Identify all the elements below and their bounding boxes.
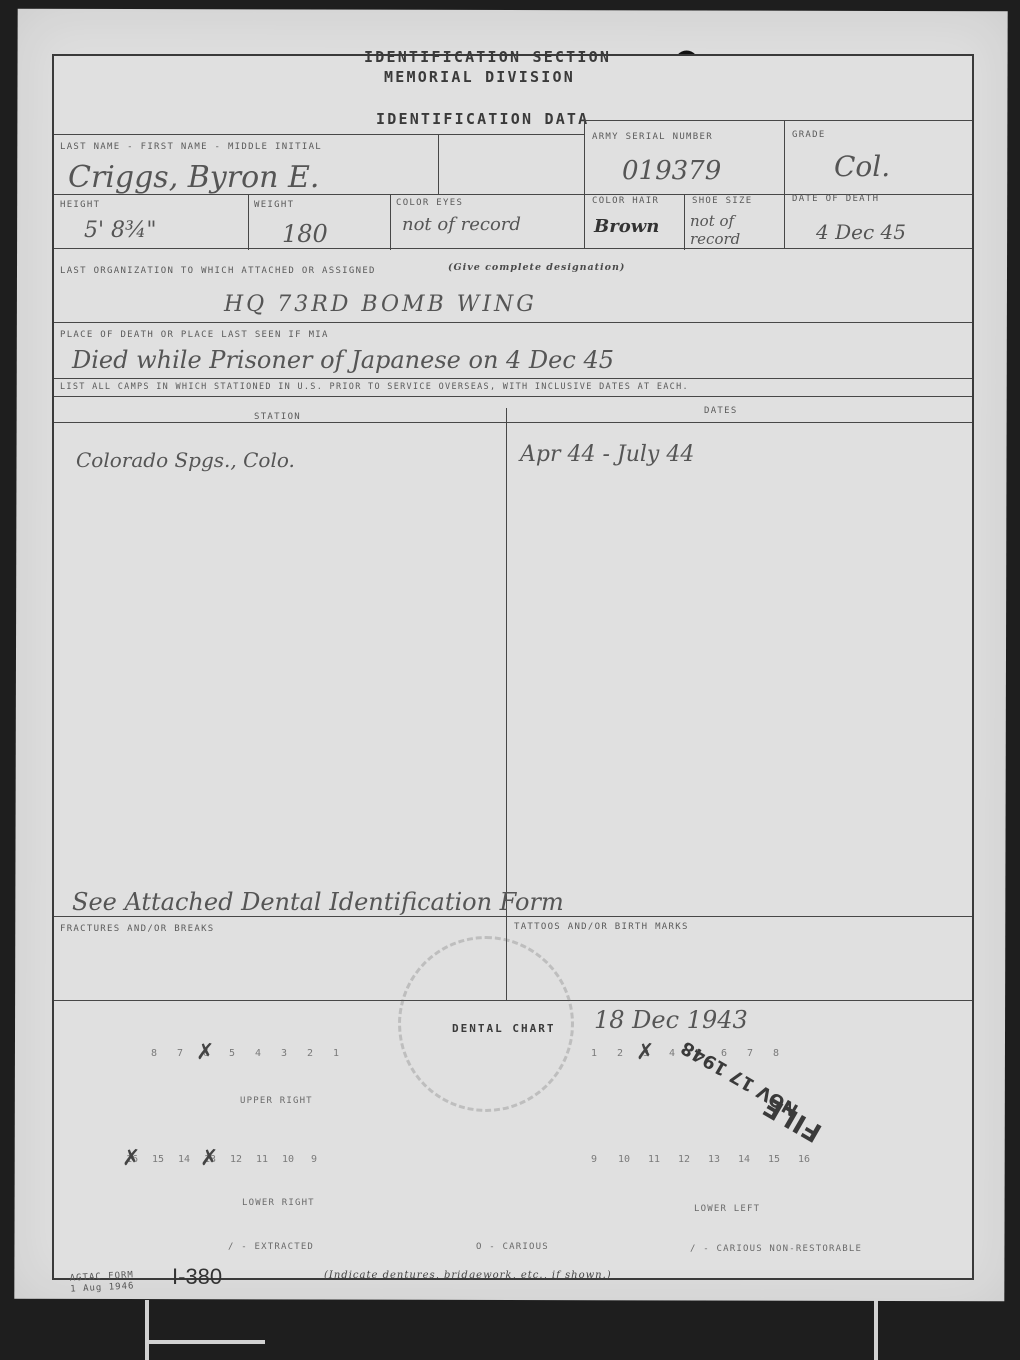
tooth: 13	[704, 1154, 724, 1165]
tooth: 12	[226, 1154, 246, 1165]
tooth: 7	[170, 1048, 190, 1059]
organization-hint: (Give complete designation)	[448, 262, 625, 273]
grade-label: GRADE	[792, 130, 826, 140]
divider	[584, 120, 585, 248]
weight-value[interactable]: 180	[282, 220, 328, 248]
camps-label: LIST ALL CAMPS IN WHICH STATIONED IN U.S…	[60, 382, 689, 392]
board-strip	[874, 1300, 878, 1360]
divider	[584, 120, 972, 121]
divider	[54, 134, 584, 135]
dental-chart-title: DENTAL CHART	[452, 1022, 555, 1035]
legend-carious: O - CARIOUS	[476, 1242, 549, 1252]
divider	[248, 194, 249, 250]
legend-meaning: CARIOUS NON-RESTORABLE	[716, 1244, 862, 1254]
form-designation: AGTAC FORM 1 Aug 1946	[69, 1270, 134, 1295]
tooth: 10	[614, 1154, 634, 1165]
death-date-value[interactable]: 4 Dec 45	[816, 220, 906, 244]
name-value[interactable]: Criggs, Byron E.	[68, 160, 319, 195]
legend-symbol: /	[228, 1242, 235, 1252]
hair-value[interactable]: Brown	[594, 216, 659, 237]
serial-label: ARMY SERIAL NUMBER	[592, 132, 713, 142]
shoe-label: SHOE SIZE	[692, 196, 752, 206]
divider	[684, 194, 685, 250]
lower-right-label: LOWER RIGHT	[242, 1198, 315, 1208]
hair-label: COLOR HAIR	[592, 196, 659, 206]
legend-extracted: / - EXTRACTED	[228, 1242, 314, 1252]
serial-value[interactable]: 019379	[622, 156, 721, 186]
eyes-value[interactable]: not of record	[402, 214, 521, 235]
dental-note[interactable]: See Attached Dental Identification Form	[72, 888, 564, 916]
legend-symbol: O	[476, 1242, 483, 1252]
tattoos-label: TATTOOS AND/OR BIRTH MARKS	[514, 922, 689, 932]
tooth: 13	[200, 1154, 220, 1165]
tooth: 7	[740, 1048, 760, 1059]
height-label: HEIGHT	[60, 200, 100, 210]
form-number: I-380	[172, 1264, 222, 1290]
organization-value[interactable]: HQ 73RD BOMB WING	[224, 292, 537, 317]
upper-right-label: UPPER RIGHT	[240, 1096, 313, 1106]
division-heading: MEMORIAL DIVISION	[384, 68, 575, 86]
divider	[54, 322, 972, 323]
tooth: 2	[610, 1048, 630, 1059]
legend-meaning: CARIOUS	[502, 1242, 548, 1252]
divider	[54, 248, 972, 249]
tooth: 2	[300, 1048, 320, 1059]
divider	[390, 194, 391, 250]
tooth: 11	[252, 1154, 272, 1165]
section-heading: IDENTIFICATION SECTION	[364, 48, 611, 66]
dates-value[interactable]: Apr 44 - July 44	[520, 442, 694, 467]
tooth: 1	[326, 1048, 346, 1059]
station-header: STATION	[254, 412, 301, 422]
death-date-label: DATE OF DEATH	[792, 194, 879, 204]
place-of-death-value[interactable]: Died while Prisoner of Japanese on 4 Dec…	[72, 346, 614, 374]
board-strip	[145, 1300, 149, 1360]
tooth: 9	[304, 1154, 324, 1165]
legend-carious-non-restorable: / - CARIOUS NON-RESTORABLE	[690, 1244, 862, 1254]
divider	[54, 396, 972, 397]
tooth: 8	[766, 1048, 786, 1059]
station-value[interactable]: Colorado Spgs., Colo.	[76, 448, 295, 472]
tooth: 15	[764, 1154, 784, 1165]
tooth: 8	[144, 1048, 164, 1059]
dental-chart-date[interactable]: 18 Dec 1943	[594, 1006, 748, 1034]
divider	[438, 134, 439, 194]
tooth: 16	[122, 1154, 142, 1165]
tooth: 14	[734, 1154, 754, 1165]
tooth: 11	[644, 1154, 664, 1165]
eyes-label: COLOR EYES	[396, 198, 463, 208]
footer-note: (Indicate dentures, bridgework, etc., if…	[324, 1270, 612, 1281]
tooth: 1	[584, 1048, 604, 1059]
tooth: 16	[794, 1154, 814, 1165]
tooth: 10	[278, 1154, 298, 1165]
divider	[506, 408, 507, 918]
identification-form: IDENTIFICATION SECTION MEMORIAL DIVISION…	[52, 54, 974, 1280]
tooth: 12	[674, 1154, 694, 1165]
tooth: 6	[196, 1048, 216, 1059]
tooth: 9	[584, 1154, 604, 1165]
place-of-death-label: PLACE OF DEATH OR PLACE LAST SEEN IF MIA	[60, 330, 329, 340]
tooth: 15	[148, 1154, 168, 1165]
legend-meaning: EXTRACTED	[254, 1242, 314, 1252]
legend-symbol: /	[690, 1244, 697, 1254]
fractures-label: FRACTURES AND/OR BREAKS	[60, 924, 215, 934]
dates-header: DATES	[704, 406, 738, 416]
weight-label: WEIGHT	[254, 200, 294, 210]
organization-label: LAST ORGANIZATION TO WHICH ATTACHED OR A…	[60, 266, 376, 276]
form-title: IDENTIFICATION DATA	[376, 110, 589, 128]
divider	[54, 422, 972, 423]
grade-value[interactable]: Col.	[834, 150, 890, 183]
tooth: 4	[248, 1048, 268, 1059]
divider	[784, 120, 785, 248]
divider	[54, 378, 972, 379]
name-label: LAST NAME - FIRST NAME - MIDDLE INITIAL	[60, 142, 322, 152]
height-value[interactable]: 5' 8¾"	[84, 218, 156, 243]
shoe-value[interactable]: not of record	[690, 212, 780, 248]
lower-left-label: LOWER LEFT	[694, 1204, 760, 1214]
divider	[54, 916, 972, 917]
tooth: 3	[636, 1048, 656, 1059]
board-strip	[145, 1340, 265, 1344]
tooth: 14	[174, 1154, 194, 1165]
tooth: 3	[274, 1048, 294, 1059]
tooth: 5	[222, 1048, 242, 1059]
